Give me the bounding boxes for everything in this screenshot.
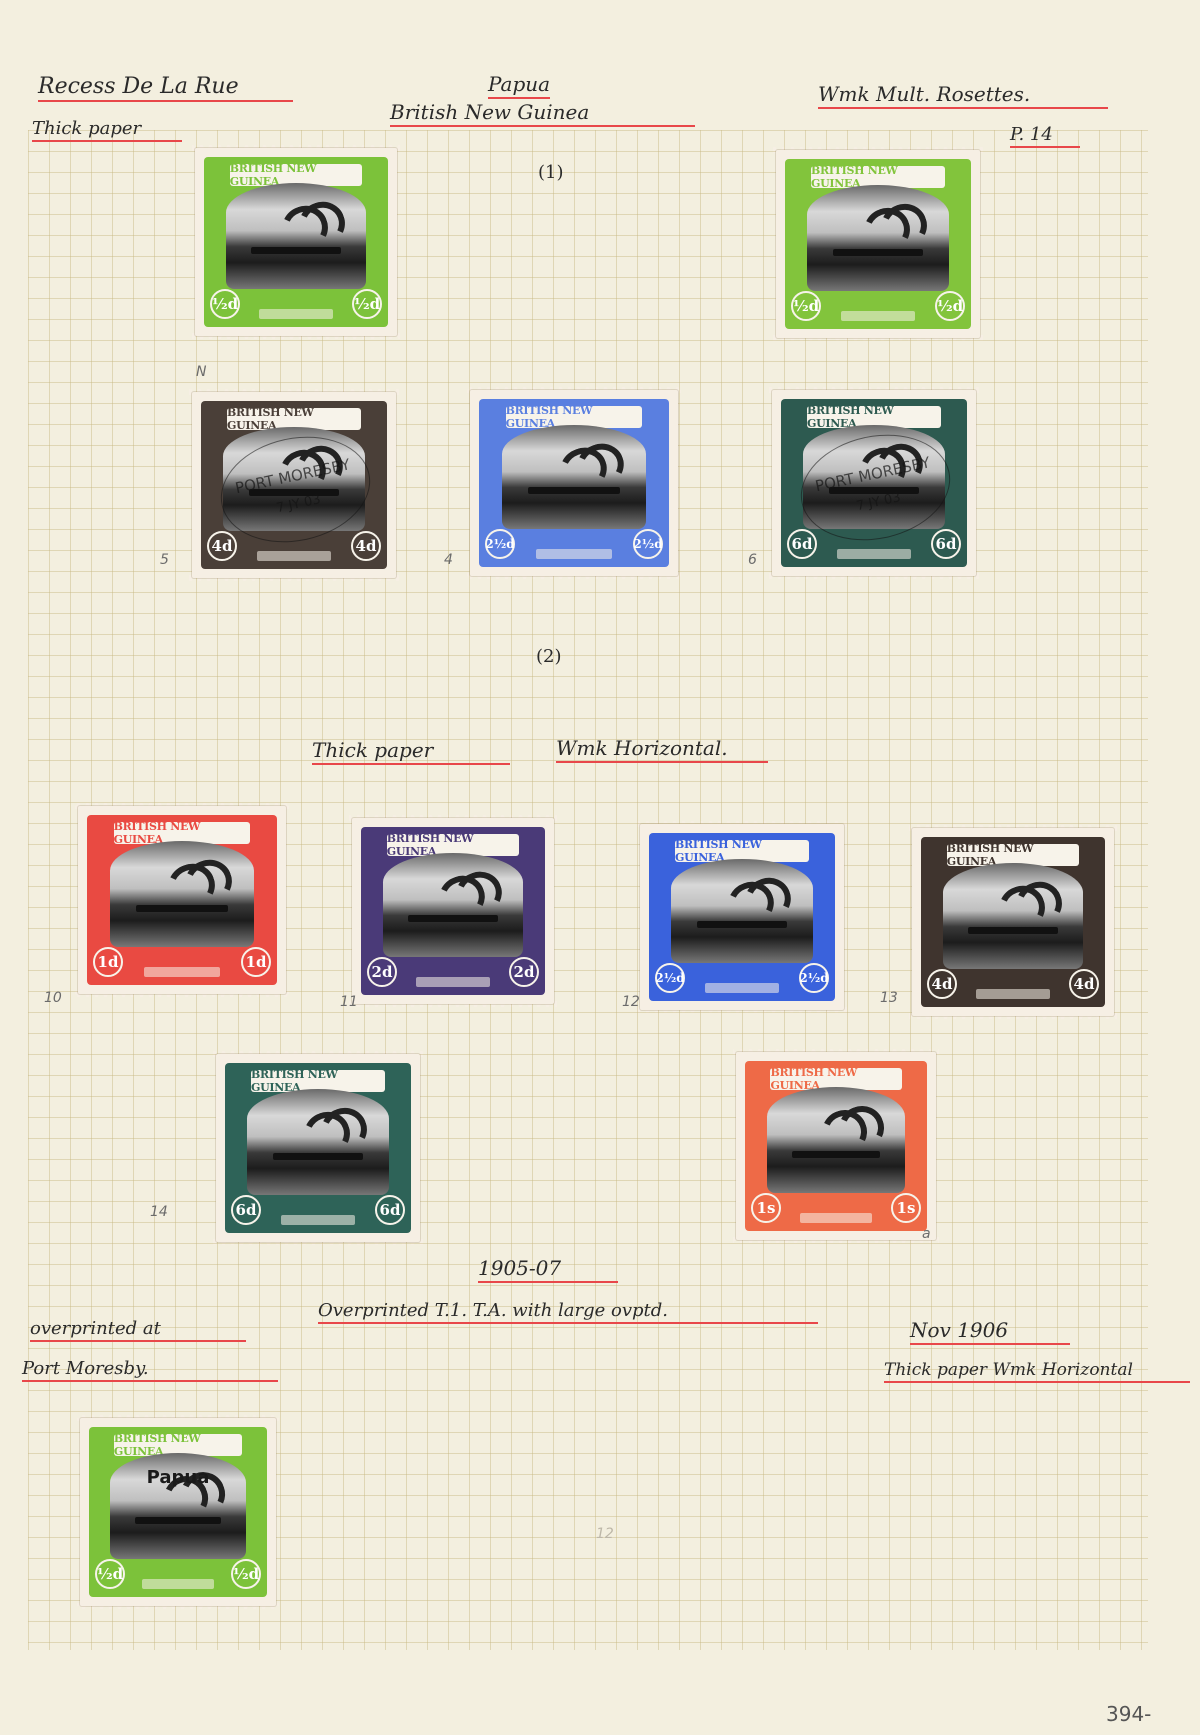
- section-3-title: Overprinted T.1. T.A. with large ovptd.: [318, 1300, 818, 1324]
- lakatoi-vignette: [807, 185, 948, 291]
- catalog-number: 12: [622, 994, 640, 1010]
- papua-overprint: Papua: [89, 1467, 267, 1488]
- lakatoi-vignette: [502, 425, 646, 529]
- heading-british-new-guinea: British New Guinea: [390, 100, 695, 127]
- stamp-1-shilling-orange: BRITISH NEW GUINEA 1s 1s: [736, 1052, 936, 1240]
- stamp-value: ½d: [935, 291, 965, 321]
- note-nov-1906: Nov 1906: [910, 1318, 1070, 1345]
- heading-recess-de-la-rue: Recess De La Rue: [38, 74, 293, 102]
- stamp-value: 2d: [367, 957, 397, 987]
- lakatoi-vignette: [110, 841, 254, 947]
- stamp-value: 6d: [231, 1195, 261, 1225]
- stamp-value: 4d: [207, 531, 237, 561]
- stamp-6d-green: BRITISH NEW GUINEA 6d 6d: [216, 1054, 420, 1242]
- section-3-year: 1905-07: [478, 1256, 618, 1283]
- heading-perf-14: P. 14: [1010, 124, 1080, 148]
- stamp-value: 2d: [509, 957, 539, 987]
- stamp-value: 6d: [375, 1195, 405, 1225]
- stamp-value: 2½d: [799, 963, 829, 993]
- page-number: 394-: [1106, 1702, 1151, 1726]
- stamp-value: ½d: [95, 1559, 125, 1589]
- lakatoi-vignette: [671, 859, 812, 963]
- lakatoi-vignette: [767, 1087, 905, 1193]
- catalog-number: 10: [44, 990, 62, 1006]
- catalog-number: 11: [340, 994, 358, 1010]
- stamp-2d-purple: BRITISH NEW GUINEA 2d 2d: [352, 818, 554, 1004]
- stamp-2-half-penny-blue-used: BRITISH NEW GUINEA 2½d 2½d: [470, 390, 678, 576]
- stamp-half-penny-green-1: BRITISH NEW GUINEA ½d ½d: [195, 148, 397, 336]
- stamp-value: 4d: [351, 531, 381, 561]
- heading-wmk-mult-rosettes: Wmk Mult. Rosettes.: [818, 82, 1108, 109]
- catalog-number: 5: [160, 552, 169, 568]
- lakatoi-vignette: [226, 183, 366, 289]
- lakatoi-vignette: [247, 1089, 388, 1195]
- section-2-label: (2): [536, 646, 562, 667]
- heading-thick-paper: Thick paper: [32, 118, 182, 142]
- stamp-4d-brown-used: BRITISH NEW GUINEA 4d 4d PORT MORESBY 7 …: [192, 392, 396, 578]
- catalog-number: 13: [880, 990, 898, 1006]
- stamp-value: ½d: [231, 1559, 261, 1589]
- stamp-value: 4d: [1069, 969, 1099, 999]
- heading-papua: Papua: [488, 72, 550, 99]
- catalog-number: 6: [748, 552, 757, 568]
- catalog-number: 4: [444, 552, 453, 568]
- stamp-value: 6d: [787, 529, 817, 559]
- lakatoi-vignette: [383, 853, 523, 957]
- lakatoi-vignette: [943, 863, 1083, 969]
- stamp-value: 1d: [93, 947, 123, 977]
- catalog-number: 14: [150, 1204, 168, 1220]
- stamp-half-penny-papua-overprint: BRITISH NEW GUINEA Papua ½d ½d: [80, 1418, 276, 1606]
- stamp-1d-red: BRITISH NEW GUINEA 1d 1d: [78, 806, 286, 994]
- stamp-4d-brown: BRITISH NEW GUINEA 4d 4d: [912, 828, 1114, 1016]
- note-overprinted-at: overprinted at: [30, 1318, 246, 1342]
- note-wmk-horizontal: Wmk Horizontal.: [556, 736, 768, 763]
- note-thick-paper-wmk-horizontal: Thick paper Wmk Horizontal: [884, 1360, 1190, 1383]
- stamp-2-half-penny-blue: BRITISH NEW GUINEA 2½d 2½d: [640, 824, 844, 1010]
- stamp-value: 1d: [241, 947, 271, 977]
- stamp-value: 2½d: [655, 963, 685, 993]
- stamp-value: 6d: [931, 529, 961, 559]
- stamp-value: ½d: [791, 291, 821, 321]
- stamp-value: 2½d: [485, 529, 515, 559]
- stamp-value: 4d: [927, 969, 957, 999]
- stamp-value: ½d: [352, 289, 382, 319]
- faint-annotation-12: 12: [596, 1526, 614, 1542]
- stamp-value: ½d: [210, 289, 240, 319]
- stamp-value: 2½d: [633, 529, 663, 559]
- note-thick-paper: Thick paper: [312, 738, 510, 765]
- annotation-n: N: [196, 364, 206, 380]
- stamp-value: 1s: [751, 1193, 781, 1223]
- note-port-moresby: Port Moresby.: [22, 1358, 278, 1382]
- stamp-value: 1s: [891, 1193, 921, 1223]
- catalog-number: a: [922, 1226, 931, 1242]
- stamp-6d-green-used: BRITISH NEW GUINEA 6d 6d PORT MORESBY 7 …: [772, 390, 976, 576]
- section-1-label: (1): [538, 162, 564, 183]
- stamp-half-penny-green-2: BRITISH NEW GUINEA ½d ½d: [776, 150, 980, 338]
